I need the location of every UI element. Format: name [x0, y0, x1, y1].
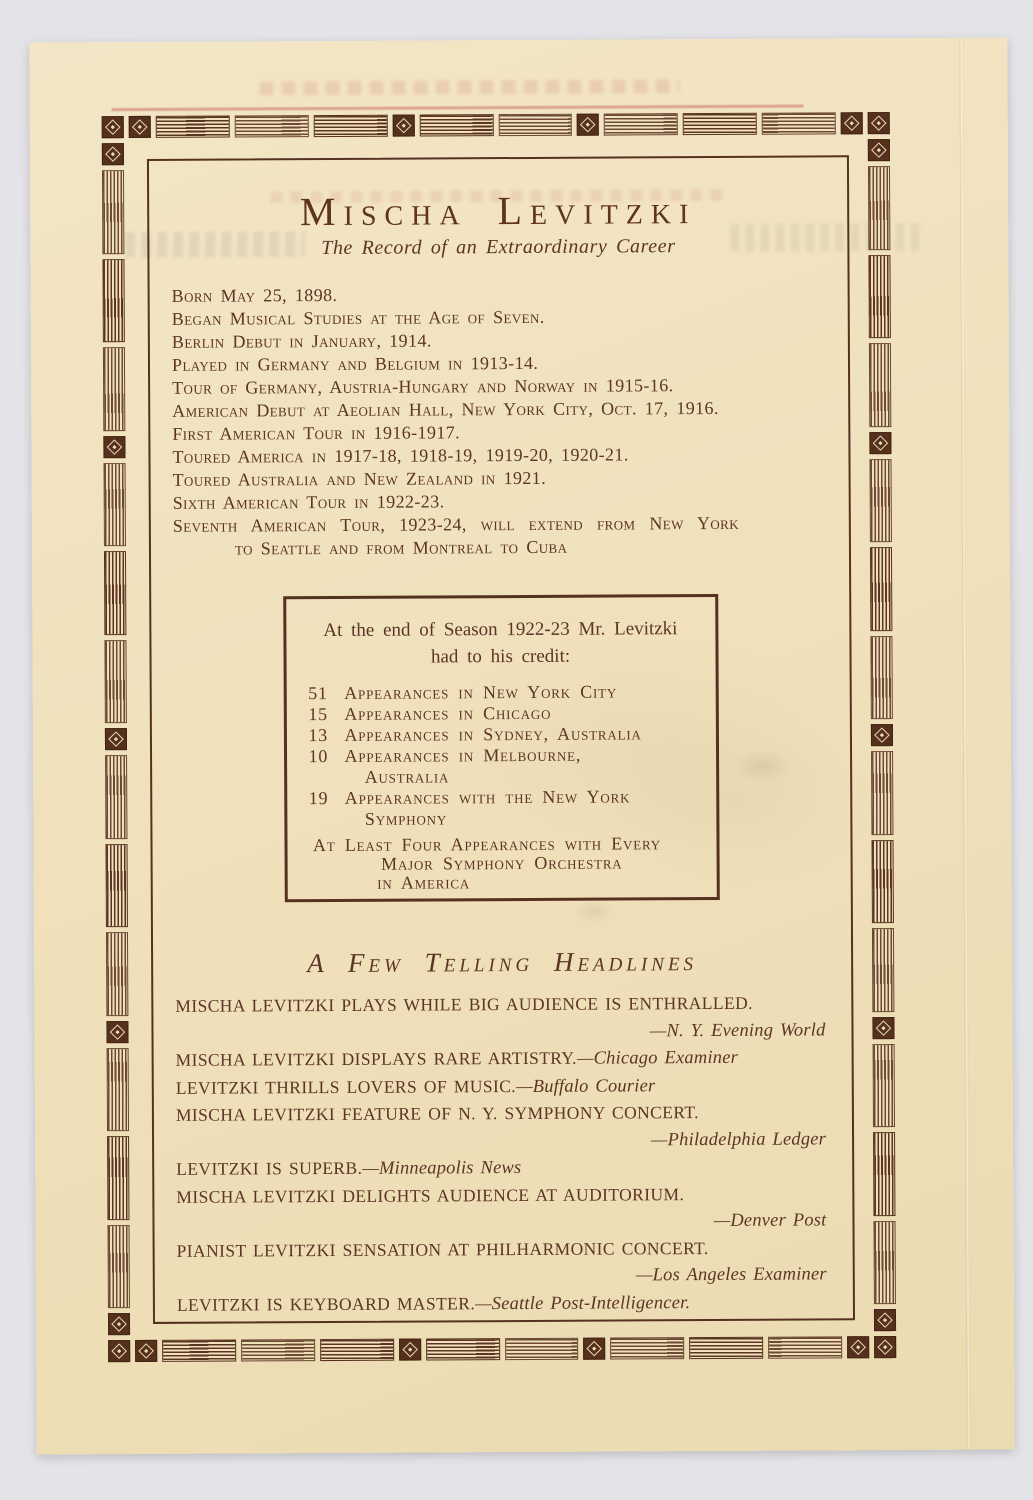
headlines-section-heading: A Few Telling Headlines — [175, 943, 829, 980]
border-ornament-icon — [869, 432, 891, 454]
headline-text: LEVITZKI IS SUPERB. — [176, 1158, 362, 1179]
credit-footer-line: in America — [309, 872, 694, 893]
border-segment — [762, 112, 836, 134]
credit-item-text: Appearances in Chicago — [344, 703, 551, 725]
border-segment — [610, 1337, 684, 1359]
career-item: First American Tour in 1916-1917. — [172, 419, 826, 445]
career-item: Began Musical Studies at the Age of Seve… — [172, 304, 826, 330]
headline-source: —N. Y. Evening World — [175, 1016, 829, 1047]
credit-item: 13 Appearances in Sydney, Australia — [308, 723, 693, 746]
headline-text: MISCHA LEVITZKI DISPLAYS RARE ARTISTRY. — [176, 1048, 577, 1070]
credit-item-text: Appearances in Sydney, Australia — [344, 723, 641, 746]
border-segment — [106, 844, 128, 928]
credit-item: 15 Appearances in Chicago — [308, 702, 693, 725]
credit-item-count: 10 — [308, 746, 344, 767]
headlines-list: MISCHA LEVITZKI PLAYS WHILE BIG AUDIENCE… — [175, 989, 831, 1318]
border-ornament-icon — [871, 724, 893, 746]
corner-ornament-icon — [129, 116, 151, 138]
career-item: Toured Australia and New Zealand in 1921… — [173, 465, 827, 491]
credit-box-heading: At the end of Season 1922-23 Mr. Levitzk… — [308, 615, 693, 671]
border-segment — [768, 1336, 842, 1358]
border-ornament-icon — [105, 728, 127, 750]
credit-heading-line: had to his credit: — [308, 642, 693, 671]
border-segment — [102, 259, 124, 343]
border-segment — [156, 116, 230, 138]
border-segment — [107, 1048, 129, 1132]
border-segment — [104, 551, 126, 635]
headline-source: —Los Angeles Examiner — [177, 1260, 831, 1291]
career-item: Toured America in 1917-18, 1918-19, 1919… — [172, 442, 826, 468]
credit-item-continuation: Symphony — [309, 807, 694, 830]
border-band-left — [102, 143, 130, 1335]
border-segment — [871, 751, 893, 835]
border-ornament-icon — [392, 115, 414, 137]
corner-ornament-icon — [847, 1336, 869, 1358]
headline-text: MISCHA LEVITZKI DELIGHTS AUDIENCE AT AUD… — [176, 1184, 684, 1207]
career-item: Tour of Germany, Austria-Hungary and Nor… — [172, 373, 826, 399]
border-segment — [105, 755, 127, 839]
border-ornament-icon — [108, 1313, 130, 1335]
border-segment — [107, 1136, 129, 1220]
paper-sheet: Mischa Levitzki The Record of an Extraor… — [29, 37, 1014, 1454]
border-segment — [498, 114, 572, 136]
border-segment — [683, 113, 757, 135]
career-item: Born May 25, 1898. — [172, 281, 826, 307]
career-item: Berlin Debut in January, 1914. — [172, 327, 826, 353]
headline-item: MISCHA LEVITZKI DELIGHTS AUDIENCE AT AUD… — [176, 1180, 830, 1210]
border-segment — [872, 928, 894, 1012]
headline-item: MISCHA LEVITZKI FEATURE OF N. Y. SYMPHON… — [176, 1098, 830, 1128]
headline-item: MISCHA LEVITZKI DISPLAYS RARE ARTISTRY.—… — [176, 1043, 830, 1074]
corner-ornament-icon — [135, 1340, 157, 1362]
headline-item: LEVITZKI IS SUPERB.—Minneapolis News — [176, 1152, 830, 1183]
credit-item: 19 Appearances with the New York — [309, 786, 694, 809]
headline-text: LEVITZKI THRILLS LOVERS OF MUSIC. — [176, 1076, 516, 1098]
border-segment — [235, 115, 309, 137]
credit-items: 51 Appearances in New York City 15 Appea… — [308, 681, 694, 830]
headline-text: MISCHA LEVITZKI PLAYS WHILE BIG AUDIENCE… — [175, 993, 753, 1016]
credit-item-count: 19 — [309, 788, 345, 809]
credit-box-footer: At Least Four Appearances with Every Maj… — [309, 834, 694, 893]
border-segment — [869, 343, 891, 427]
fold-crease — [959, 38, 970, 1450]
credit-item-text: Appearances in Melbourne, — [344, 745, 581, 767]
page-title: Mischa Levitzki — [171, 187, 825, 234]
credit-item-continuation: Australia — [309, 765, 694, 788]
career-item: American Debut at Aeolian Hall, New York… — [172, 396, 826, 422]
inner-rule-border: Mischa Levitzki The Record of an Extraor… — [147, 155, 855, 1324]
credit-box: At the end of Season 1922-23 Mr. Levitzk… — [283, 594, 720, 902]
border-segment — [106, 932, 128, 1016]
border-segment — [313, 115, 387, 137]
credit-item-text: Appearances in New York City — [344, 682, 617, 704]
career-item: Sixth American Tour in 1922-23. — [173, 488, 827, 514]
border-ornament-icon — [399, 1339, 421, 1361]
headline-item: LEVITZKI THRILLS LOVERS OF MUSIC.—Buffal… — [176, 1071, 830, 1102]
border-segment — [103, 347, 125, 431]
credit-heading-line: At the end of Season 1922-23 Mr. Levitzk… — [308, 615, 693, 644]
border-ornament-icon — [872, 1017, 894, 1039]
corner-ornament-icon — [874, 1336, 896, 1358]
credit-item-count: 13 — [308, 725, 344, 746]
credit-footer-line: At Least Four Appearances with Every — [309, 834, 694, 855]
headline-source: —Buffalo Courier — [516, 1076, 655, 1097]
border-band-top — [102, 112, 890, 138]
border-segment — [419, 114, 493, 136]
border-segment — [102, 170, 124, 254]
border-ornament-icon — [874, 1309, 896, 1331]
border-segment — [870, 636, 892, 720]
career-item: Seventh American Tour, 1923-24, will ext… — [173, 511, 827, 537]
headline-item: PIANIST LEVITZKI SENSATION AT PHILHARMON… — [177, 1234, 831, 1264]
border-segment — [320, 1339, 394, 1361]
headline-source: —Seattle Post-Intelligencer. — [475, 1293, 690, 1314]
career-item-continuation: to Seattle and from Montreal to Cuba — [173, 534, 827, 560]
corner-ornament-icon — [108, 1340, 130, 1362]
border-segment — [868, 255, 890, 339]
border-segment — [241, 1339, 315, 1361]
border-band-bottom — [108, 1336, 896, 1362]
border-segment — [873, 1132, 895, 1216]
headline-source: —Denver Post — [176, 1206, 830, 1237]
headline-text: LEVITZKI IS KEYBOARD MASTER. — [177, 1293, 475, 1315]
border-ornament-icon — [102, 143, 124, 165]
showthrough-mark — [260, 79, 680, 95]
headline-text: MISCHA LEVITZKI FEATURE OF N. Y. SYMPHON… — [176, 1102, 699, 1125]
border-segment — [870, 459, 892, 543]
credit-item: 51 Appearances in New York City — [308, 681, 693, 704]
border-segment — [871, 840, 893, 924]
border-segment — [868, 166, 890, 250]
showthrough-red-line — [112, 105, 804, 112]
credit-footer-line: Major Symphony Orchestra — [309, 853, 694, 874]
border-segment — [689, 1337, 763, 1359]
headline-item: LEVITZKI IS KEYBOARD MASTER.—Seattle Pos… — [177, 1288, 831, 1319]
border-segment — [104, 463, 126, 547]
border-segment — [162, 1340, 236, 1362]
career-item: Played in Germany and Belgium in 1913-14… — [172, 350, 826, 376]
credit-item-text: Appearances with the New York — [345, 786, 631, 808]
border-segment — [505, 1338, 579, 1360]
credit-item: 10 Appearances in Melbourne, — [308, 744, 693, 767]
border-segment — [870, 547, 892, 631]
credit-item-count: 15 — [308, 704, 344, 725]
border-segment — [873, 1044, 895, 1128]
corner-ornament-icon — [841, 112, 863, 134]
credit-item-count: 51 — [308, 683, 344, 704]
border-segment — [873, 1221, 895, 1305]
corner-ornament-icon — [868, 112, 890, 134]
headline-item: MISCHA LEVITZKI PLAYS WHILE BIG AUDIENCE… — [175, 989, 829, 1019]
corner-ornament-icon — [102, 116, 124, 138]
border-segment — [426, 1338, 500, 1360]
border-ornament-icon — [103, 436, 125, 458]
career-list: Born May 25, 1898. Began Musical Studies… — [172, 281, 827, 560]
page-subtitle: The Record of an Extraordinary Career — [171, 233, 825, 260]
border-band-right — [868, 139, 896, 1331]
headline-source: —Philadelphia Ledger — [176, 1125, 830, 1156]
headline-source: —Chicago Examiner — [577, 1048, 738, 1069]
border-segment — [108, 1225, 130, 1309]
headline-text: PIANIST LEVITZKI SENSATION AT PHILHARMON… — [177, 1238, 709, 1261]
border-ornament-icon — [583, 1338, 605, 1360]
border-ornament-icon — [106, 1021, 128, 1043]
border-ornament-icon — [577, 114, 599, 136]
border-ornament-icon — [868, 139, 890, 161]
border-segment — [604, 113, 678, 135]
headline-source: —Minneapolis News — [362, 1158, 521, 1179]
border-segment — [104, 640, 126, 724]
